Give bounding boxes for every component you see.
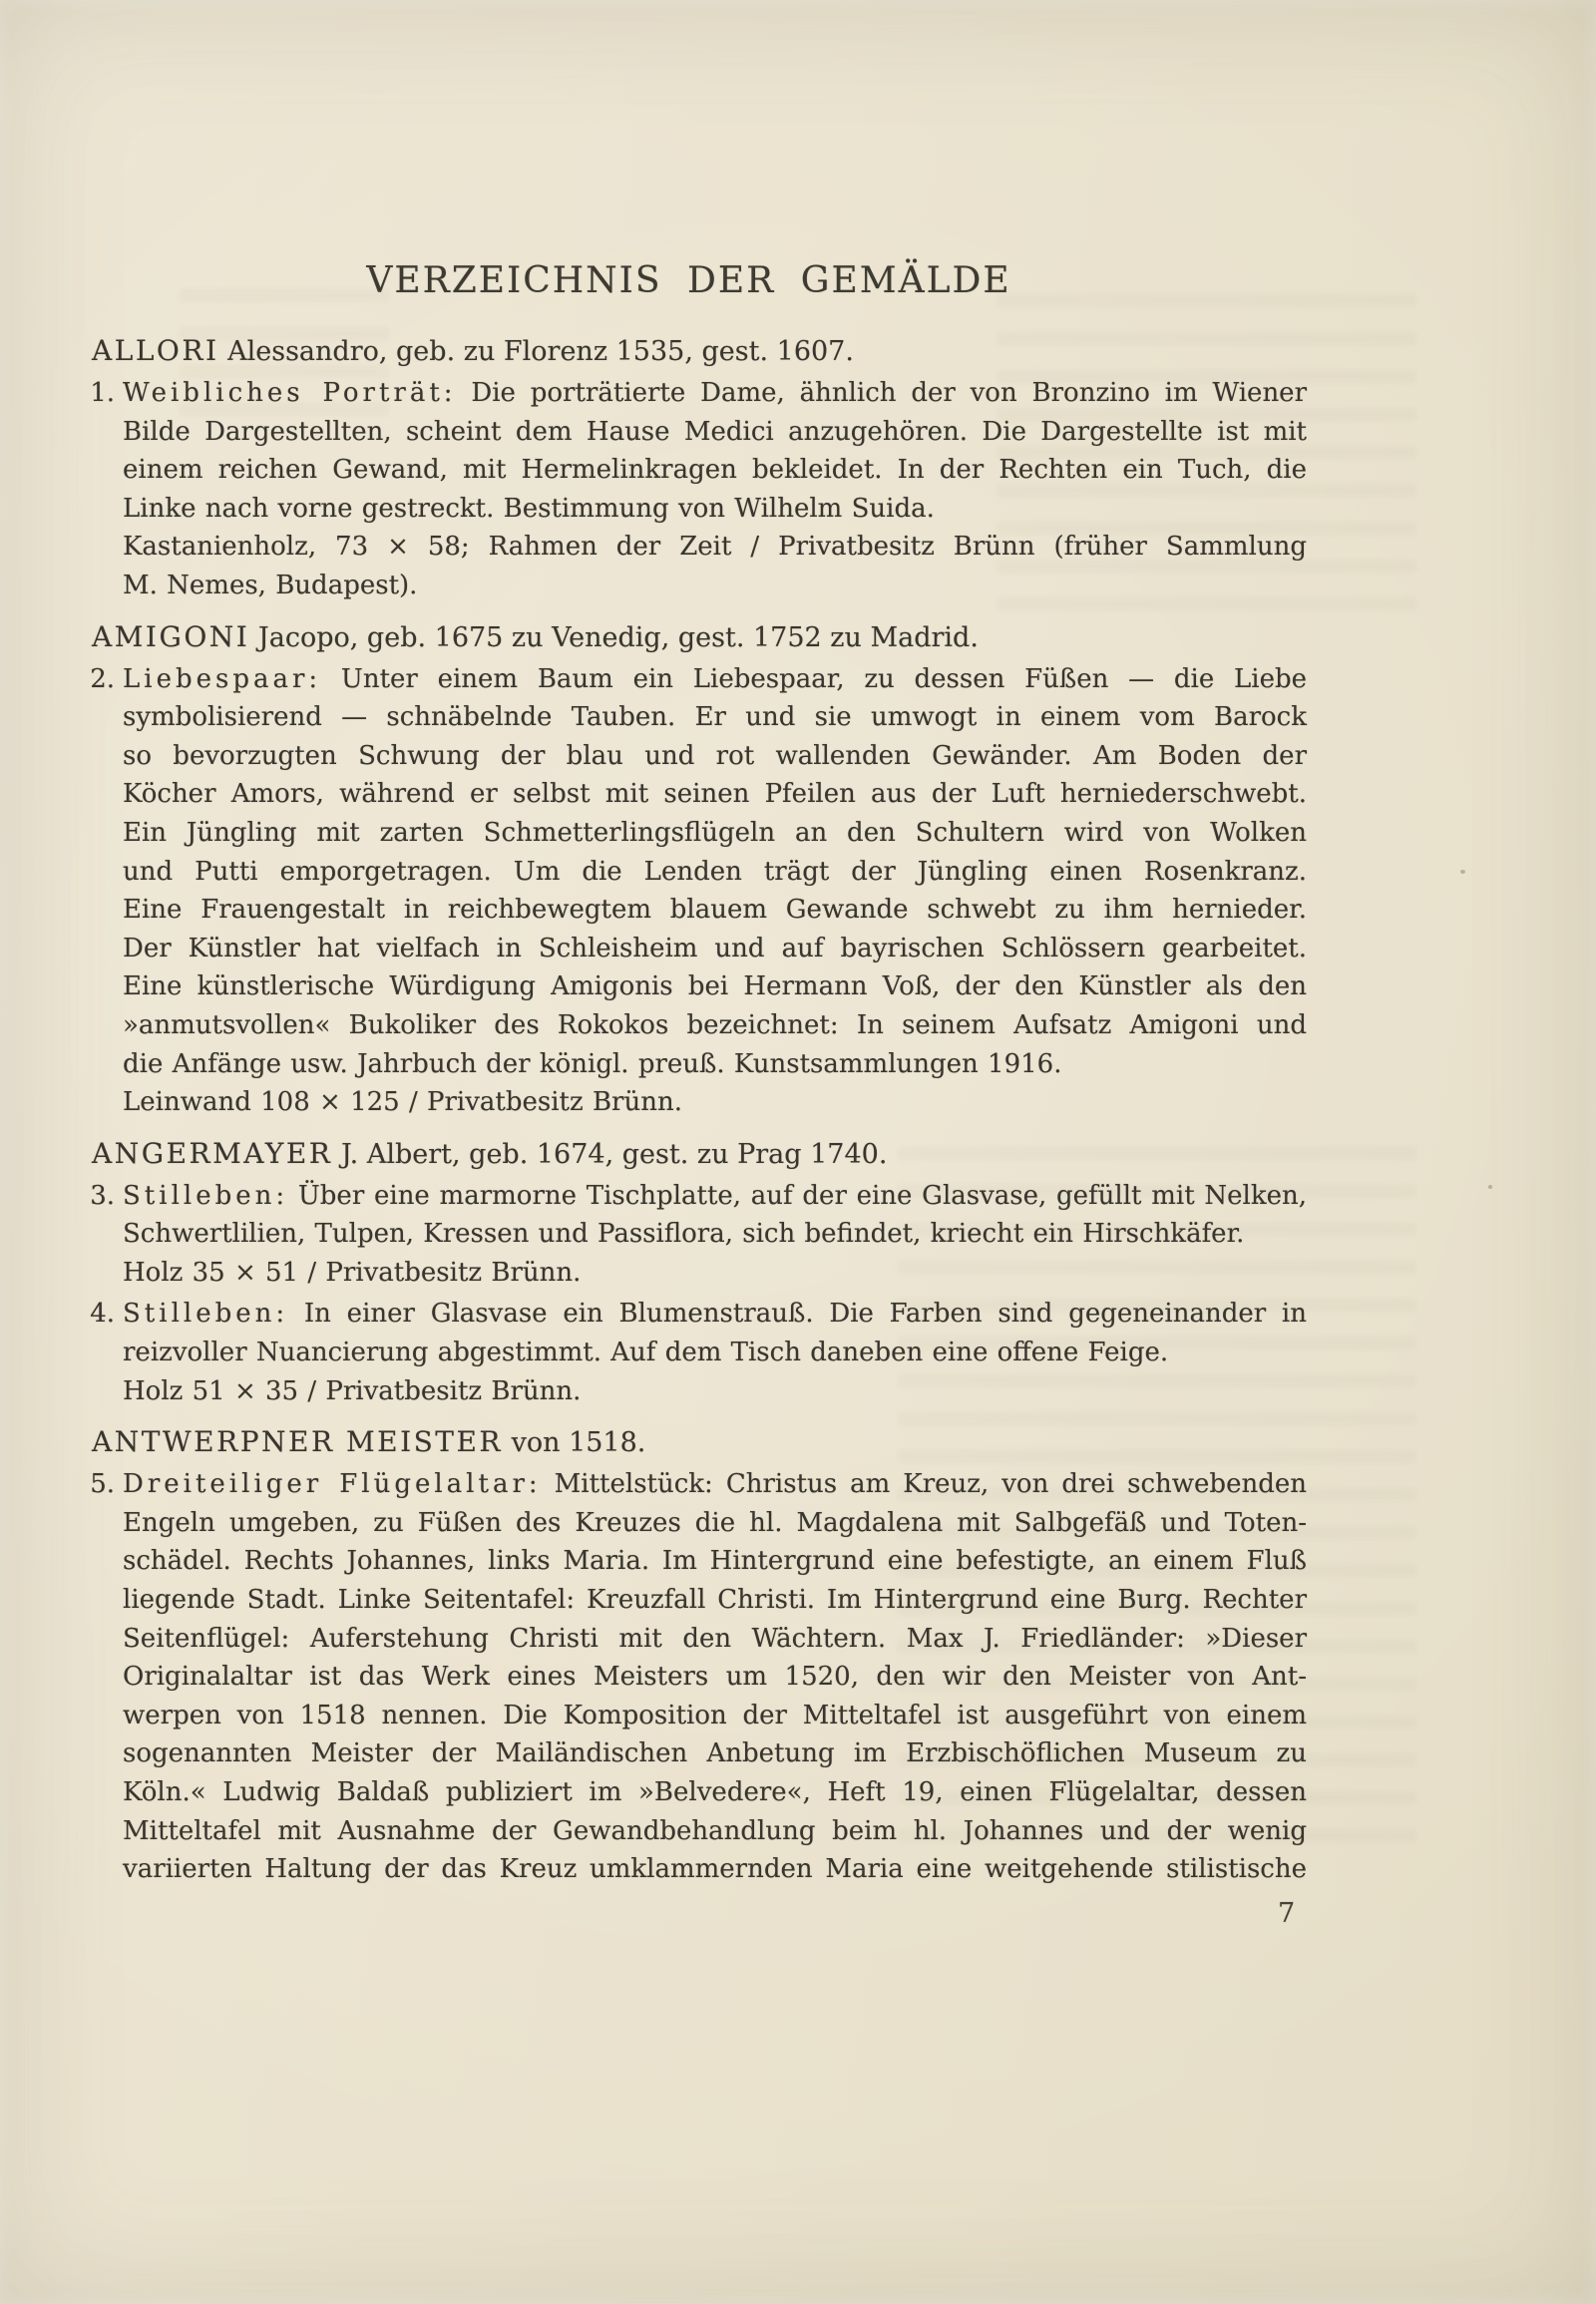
text-line: reizvoller Nuancierung abgestimmt. Auf d…: [123, 1334, 1307, 1372]
text-line: Köcher Amors, während er selbst mit sein…: [123, 775, 1307, 814]
catalog-item-1: 1. Weibliches Porträt: Die porträtierte …: [123, 374, 1307, 605]
item-desc-lines: reizvoller Nuancierung abgestimmt. Auf d…: [123, 1334, 1307, 1372]
text-line: Bilde Dargestellten, scheint dem Hause M…: [123, 413, 1307, 452]
item-desc-lines: Schwertlilien, Tulpen, Kressen und Passi…: [123, 1215, 1307, 1254]
artist-heading: ALLORI Alessandro, geb. zu Florenz 1535,…: [92, 331, 1307, 371]
item-number: 2.: [90, 660, 115, 699]
item-first-line: Liebespaar: Unter einem Baum ein Liebesp…: [123, 660, 1307, 699]
page-number: 7: [1278, 1894, 1295, 1933]
text-line: Eine künstlerische Würdigung Amigonis be…: [123, 967, 1307, 1006]
text-line: Originalaltar ist das Werk eines Meister…: [123, 1658, 1307, 1697]
catalog-entry-angermayer: ANGERMAYER J. Albert, geb. 1674, gest. z…: [123, 1134, 1307, 1411]
catalog-entry-allori: ALLORI Alessandro, geb. zu Florenz 1535,…: [123, 331, 1307, 605]
artist-heading: ANTWERPNER MEISTER von 1518.: [92, 1422, 1307, 1462]
item-first-line-rest: Unter einem Baum ein Liebespaar, zu dess…: [321, 664, 1307, 694]
artist-details: Jacopo, geb. 1675 zu Venedig, gest. 1752…: [249, 622, 979, 653]
item-description: Dreiteiliger Flügelaltar: Mittelstück: C…: [123, 1465, 1307, 1889]
artist-heading: ANGERMAYER J. Albert, geb. 1674, gest. z…: [92, 1134, 1307, 1174]
text-line: Seitenflügel: Auferstehung Christi mit d…: [123, 1620, 1307, 1659]
text-line: einem reichen Gewand, mit Hermelinkragen…: [123, 451, 1307, 490]
text-line: Engeln umgeben, zu Füßen des Kreuzes die…: [123, 1504, 1307, 1543]
item-number: 3.: [90, 1177, 115, 1216]
item-desc-lines: Bilde Dargestellten, scheint dem Hause M…: [123, 413, 1307, 529]
catalog-item-5: 5. Dreiteiliger Flügelaltar: Mittelstück…: [123, 1465, 1307, 1889]
text-line: M. Nemes, Budapest).: [123, 567, 1307, 605]
catalog-item-2: 2. Liebespaar: Unter einem Baum ein Lieb…: [123, 660, 1307, 1122]
text-line: symbolisierend — schnäbelnde Tauben. Er …: [123, 698, 1307, 737]
text-line: Linke nach vorne gestreckt. Bestimmung v…: [123, 490, 1307, 529]
item-description: Stilleben: Über eine marmorne Tischplatt…: [123, 1177, 1307, 1254]
text-line: Schwertlilien, Tulpen, Kressen und Passi…: [123, 1215, 1307, 1254]
artist-details: von 1518.: [503, 1427, 645, 1458]
item-title: Dreiteiliger Flügelaltar:: [123, 1469, 542, 1499]
text-line: und Putti emporgetragen. Um die Lenden t…: [123, 853, 1307, 892]
item-title: Liebespaar:: [123, 664, 321, 694]
item-first-line-rest: In einer Glasvase ein Blumenstrauß. Die …: [288, 1299, 1307, 1329]
catalog-item-3: 3. Stilleben: Über eine marmorne Tischpl…: [123, 1177, 1307, 1293]
text-line: liegende Stadt. Linke Seitentafel: Kreuz…: [123, 1581, 1307, 1620]
text-line: Kastanienholz, 73 × 58; Rahmen der Zeit …: [123, 528, 1307, 567]
artist-name: AMIGONI: [92, 620, 249, 653]
text-line: »anmutsvollen« Bukoliker des Rokokos bez…: [123, 1006, 1307, 1045]
text-line: variierten Haltung der das Kreuz umklamm…: [123, 1850, 1307, 1889]
text-line: Köln.« Ludwig Baldaß publiziert im »Belv…: [123, 1773, 1307, 1812]
item-description: Weibliches Porträt: Die porträtierte Dam…: [123, 374, 1307, 528]
text-line: Leinwand 108 × 125 / Privatbesitz Brünn.: [123, 1083, 1307, 1122]
text-line: werpen von 1518 nennen. Die Komposition …: [123, 1697, 1307, 1735]
catalog-entry-amigoni: AMIGONI Jacopo, geb. 1675 zu Venedig, ge…: [123, 617, 1307, 1122]
text-line: Ein Jüngling mit zarten Schmetterlingsfl…: [123, 814, 1307, 853]
artist-name: ANGERMAYER: [92, 1137, 332, 1170]
artist-name: ANTWERPNER MEISTER: [92, 1425, 503, 1458]
item-number: 4.: [90, 1295, 115, 1334]
scanned-catalog-page: VERZEICHNIS DER GEMÄLDE ALLORI Alessandr…: [0, 0, 1596, 2304]
item-first-line: Stilleben: Über eine marmorne Tischplatt…: [123, 1177, 1307, 1216]
item-number: 5.: [90, 1465, 115, 1504]
text-line: Eine Frauengestalt in reichbewegtem blau…: [123, 891, 1307, 930]
item-desc-lines: Engeln umgeben, zu Füßen des Kreuzes die…: [123, 1504, 1307, 1889]
text-line: sogenannten Meister der Mailändischen An…: [123, 1734, 1307, 1773]
text-line: Der Künstler hat vielfach in Schleisheim…: [123, 930, 1307, 968]
item-first-line-rest: Die porträtierte Dame, ähnlich der von B…: [457, 378, 1307, 408]
text-line: die Anfänge usw. Jahrbuch der königl. pr…: [123, 1045, 1307, 1084]
text-column: VERZEICHNIS DER GEMÄLDE ALLORI Alessandr…: [123, 257, 1307, 1889]
item-tech-lines: Leinwand 108 × 125 / Privatbesitz Brünn.: [123, 1083, 1307, 1122]
text-line: Holz 35 × 51 / Privatbesitz Brünn.: [123, 1254, 1307, 1293]
item-desc-lines: symbolisierend — schnäbelnde Tauben. Er …: [123, 698, 1307, 1083]
paper-speck: [1488, 1185, 1492, 1189]
catalog-item-4: 4. Stilleben: In einer Glasvase ein Blum…: [123, 1295, 1307, 1410]
item-first-line: Weibliches Porträt: Die porträtierte Dam…: [123, 374, 1307, 413]
item-tech-lines: Holz 51 × 35 / Privatbesitz Brünn.: [123, 1372, 1307, 1411]
item-tech-lines: Kastanienholz, 73 × 58; Rahmen der Zeit …: [123, 528, 1307, 604]
item-first-line-rest: Mittelstück: Christus am Kreuz, von drei…: [542, 1469, 1307, 1499]
item-first-line-rest: Über eine marmorne Tischplatte, auf der …: [288, 1181, 1307, 1211]
item-description: Liebespaar: Unter einem Baum ein Liebesp…: [123, 660, 1307, 1084]
item-tech-lines: Holz 35 × 51 / Privatbesitz Brünn.: [123, 1254, 1307, 1293]
item-title: Stilleben:: [123, 1181, 288, 1211]
artist-details: J. Albert, geb. 1674, gest. zu Prag 1740…: [332, 1139, 887, 1170]
item-number: 1.: [90, 374, 115, 413]
text-line: Mitteltafel mit Ausnahme der Gewandbehan…: [123, 1812, 1307, 1851]
paper-speck: [1460, 870, 1465, 874]
artist-name: ALLORI: [92, 334, 219, 367]
item-title: Weibliches Porträt:: [123, 378, 457, 408]
artist-details: Alessandro, geb. zu Florenz 1535, gest. …: [219, 336, 854, 367]
item-first-line: Dreiteiliger Flügelaltar: Mittelstück: C…: [123, 1465, 1307, 1504]
text-line: Holz 51 × 35 / Privatbesitz Brünn.: [123, 1372, 1307, 1411]
item-first-line: Stilleben: In einer Glasvase ein Blumens…: [123, 1295, 1307, 1334]
text-line: so bevorzugten Schwung der blau und rot …: [123, 737, 1307, 776]
catalog-entry-antwerpner-meister: ANTWERPNER MEISTER von 1518. 5. Dreiteil…: [123, 1422, 1307, 1889]
item-description: Stilleben: In einer Glasvase ein Blumens…: [123, 1295, 1307, 1371]
artist-heading: AMIGONI Jacopo, geb. 1675 zu Venedig, ge…: [92, 617, 1307, 657]
item-title: Stilleben:: [123, 1299, 288, 1329]
page-title: VERZEICHNIS DER GEMÄLDE: [97, 257, 1281, 305]
text-line: schädel. Rechts Johannes, links Maria. I…: [123, 1542, 1307, 1581]
